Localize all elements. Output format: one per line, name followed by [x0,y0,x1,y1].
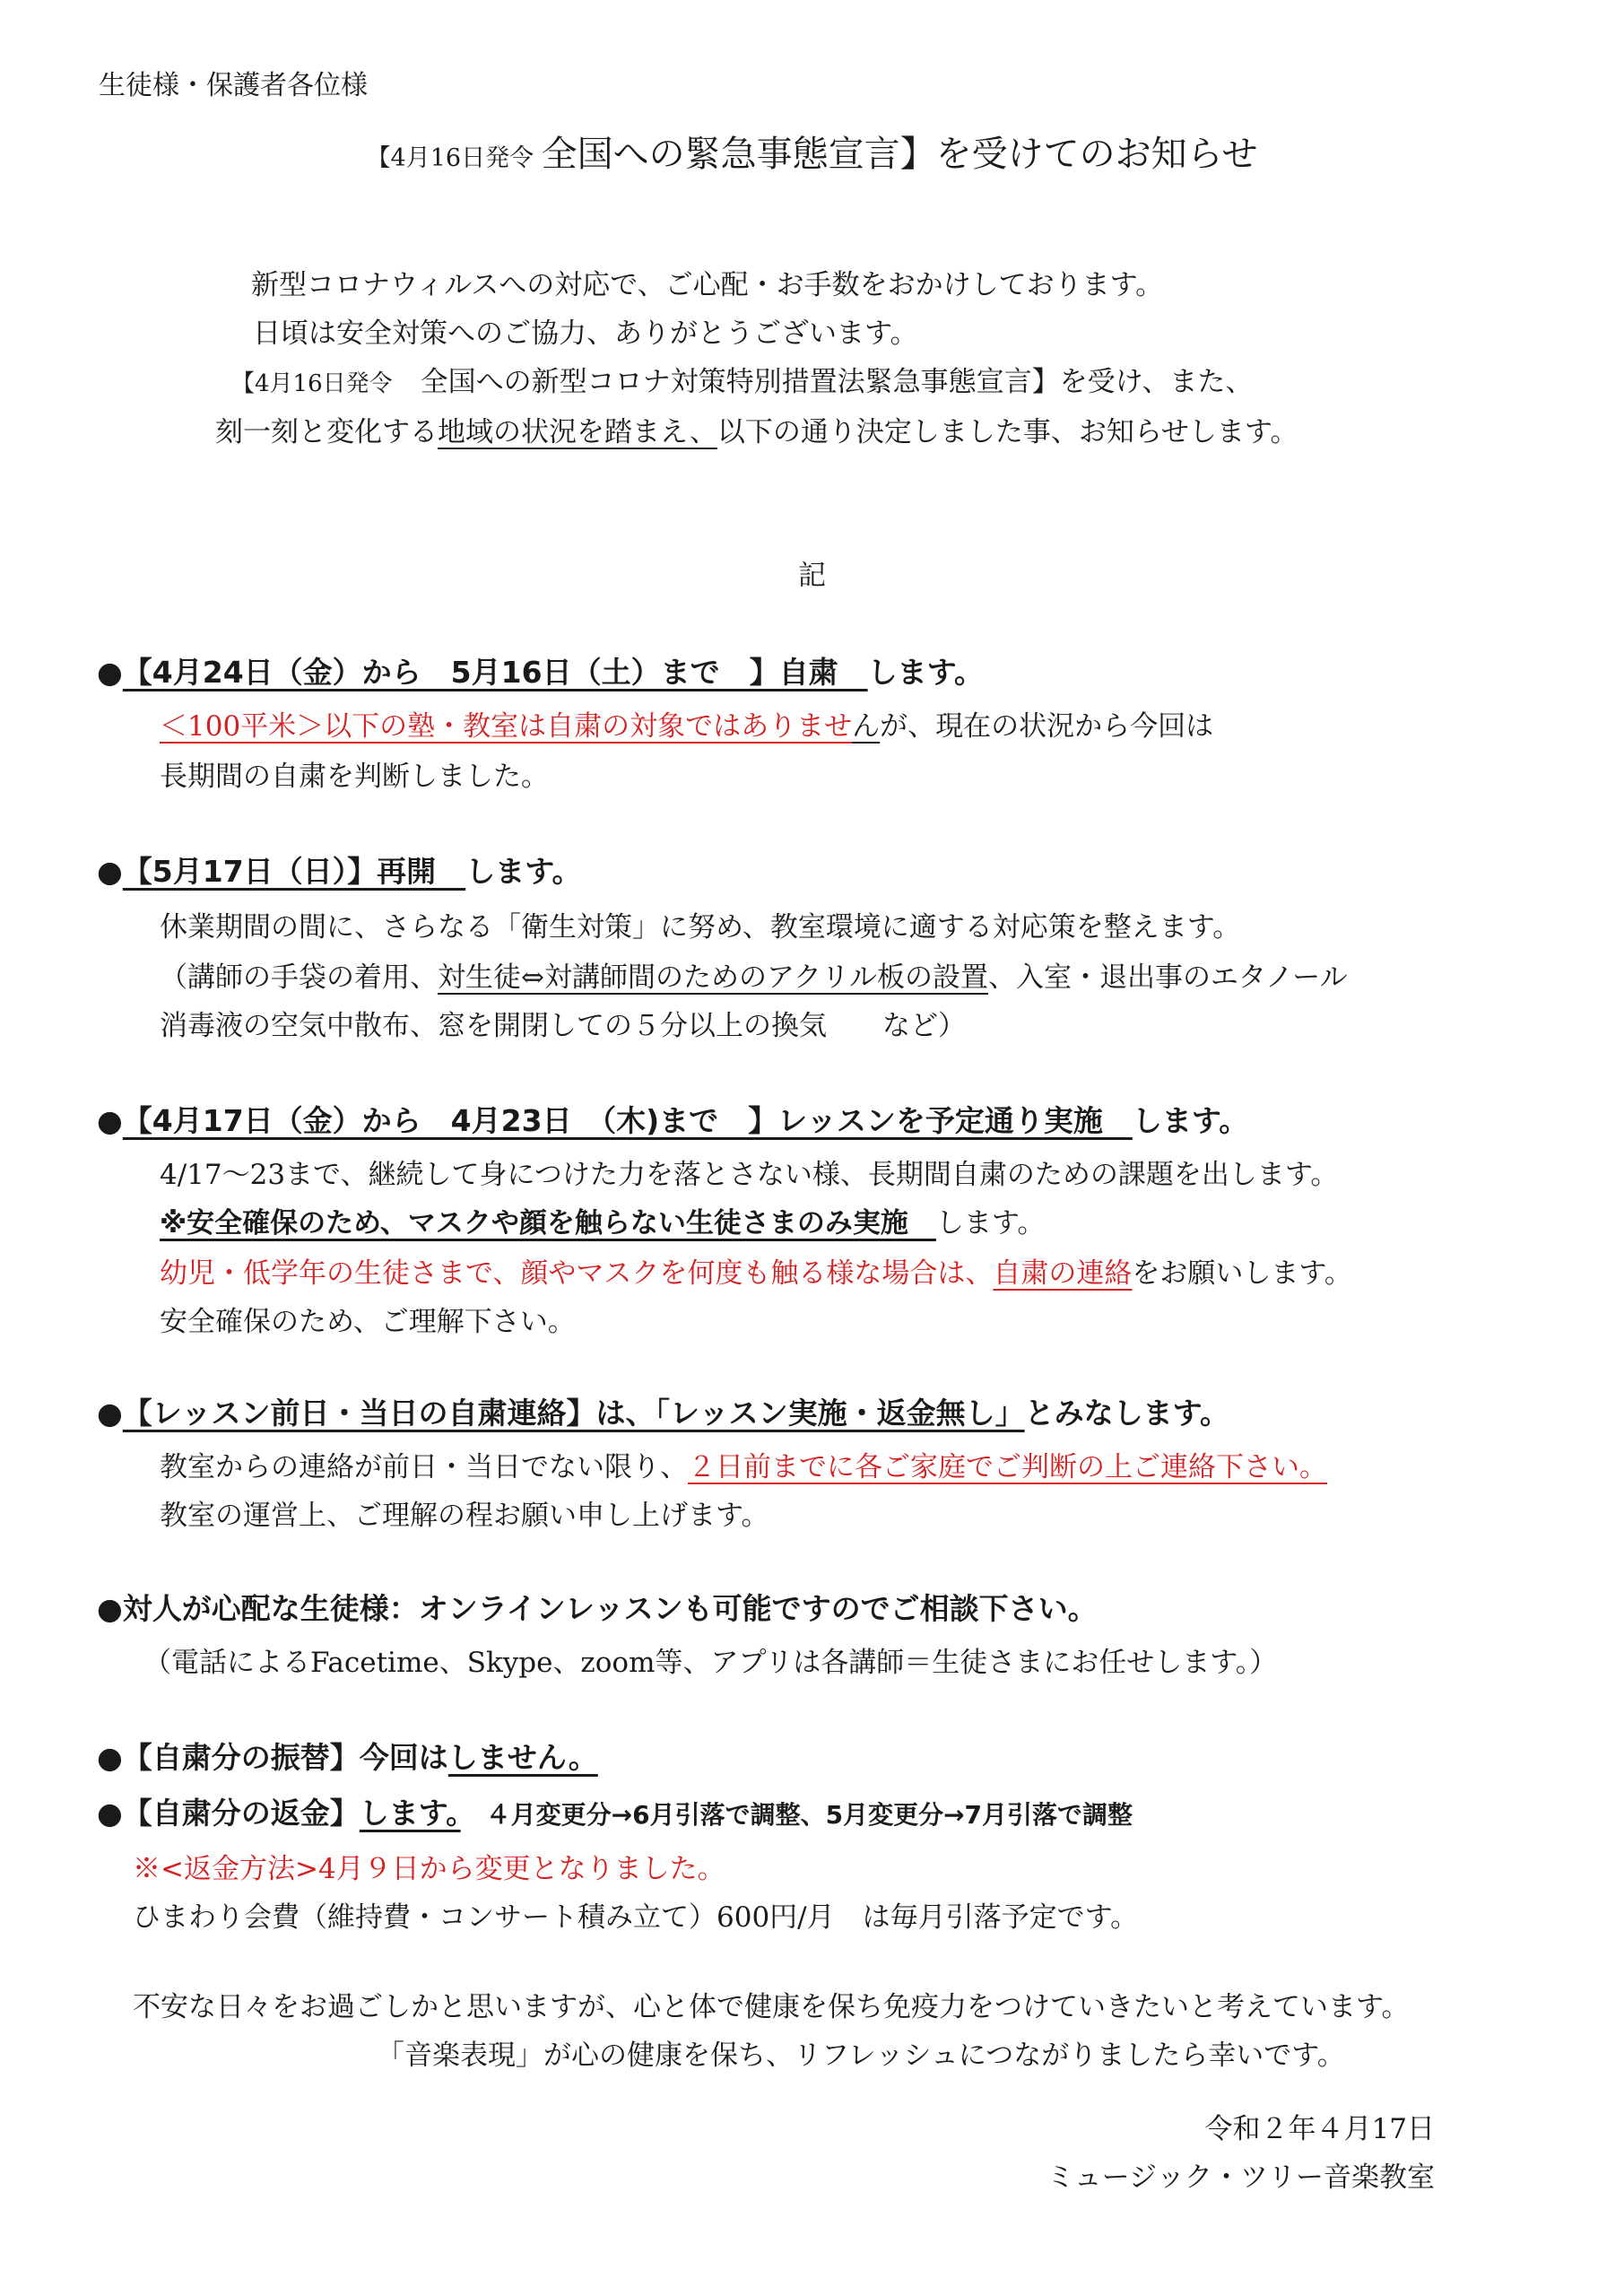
closing-line-1: 不安な日々をお過ごしかと思いますが、心と体で健康を保ち免疫力をつけていきたいと考… [133,1989,1410,2025]
lessons-line-1: 4/17～23まで、継続して身につけた力を落とさない様、長期間自粛のための課題を… [160,1157,1338,1193]
makeup-none: しません。 [448,1740,598,1775]
lessons-line-3: 幼児・低学年の生徒さまで、顔やマスクを何度も触る様な場合は、自粛の連絡をお願いし… [160,1256,1352,1291]
section-closure-heading: ●【4月24日（金）から 5月16日（土）まで 】自粛 します。 [97,655,984,691]
section-lessons-heading: ●【4月17日（金）から 4月23日 （木)まで 】レッスンを予定通り実施 しま… [97,1103,1248,1139]
signature-org: ミュージック・ツリー音楽教室 [986,2160,1435,2196]
reopen-date: 【5月17日（日）】再開 [123,854,465,889]
online-line-1: （電話によるFacetime、Skype、zoom等、アプリは各講師＝生徒さまに… [143,1645,1277,1681]
reopen-acrylic: 対生徒⇔対講師間のためのアクリル板の設置 [438,961,988,994]
ki-marker: 記 [0,558,1624,594]
section-cancellation-heading: ●【レッスン前日・当日の自粛連絡】は、「レッスン実施・返金無し」とみなします。 [97,1396,1229,1431]
lessons-line-2: ※安全確保のため、マスクや顔を触らない生徒さまのみ実施 します。 [160,1205,1045,1241]
reopen-line-2-b: 、入室・退出事のエタノール [988,961,1348,994]
bullet-icon: ● [97,1740,123,1775]
cancellation-line-2: 教室の運営上、ご理解の程お願い申し上げます。 [160,1498,769,1534]
bullet-icon: ● [97,1796,123,1831]
cancellation-line-1: 教室からの連絡が前日・当日でない限り、２日前までに各ご家庭でご判断の上ご連絡下さ… [160,1449,1327,1485]
closure-line-1-tail: が、現在の状況から今回は [880,710,1213,743]
refund-line-1: ※<返金方法>4月９日から変更となりました。 [133,1851,725,1887]
closure-tail: します。 [868,655,984,690]
cancellation-line-1-a: 教室からの連絡が前日・当日でない限り、 [160,1451,688,1483]
section-online-heading: ●対人が心配な生徒様：オンラインレッスンも可能ですのでご相談下さい。 [97,1591,1098,1627]
title-main: 全国への緊急事態宣言】を受けてのお知らせ [542,134,1258,175]
bullet-icon: ● [97,1591,123,1626]
closure-line-2: 長期間の自粛を判断しました。 [160,759,549,795]
closure-red-note: ＜100平米＞以下の塾・教室は自粛の対象ではありませ [160,710,852,743]
intro-line-4-b: 以下の通り決定しました事、お知らせします。 [717,416,1298,448]
title-prefix: 【4月16日発令 [367,144,542,172]
section-makeup-heading: ●【自粛分の振替】今回はしません。 [97,1740,598,1776]
online-heading-text: 対人が心配な生徒様：オンラインレッスンも可能ですのでご相談下さい。 [123,1591,1098,1626]
page-title: 【4月16日発令 全国への緊急事態宣言】を受けてのお知らせ [0,136,1624,177]
refund-yes: します。 [360,1796,461,1831]
lessons-line-3-tail: をお願いします。 [1132,1257,1352,1290]
addressee: 生徒様・保護者各位様 [99,68,368,104]
cancellation-rule: 【レッスン前日・当日の自粛連絡】は、「レッスン実施・返金無し」 [123,1396,1025,1431]
lessons-red-underlined: 自粛の連絡 [993,1257,1132,1290]
intro-line-1: 新型コロナウィルスへの対応で、ご心配・お手数をおかけしております。 [251,267,1163,303]
section-reopen-heading: ●【5月17日（日）】再開 します。 [97,854,582,890]
lessons-line-4: 安全確保のため、ご理解下さい。 [160,1304,576,1340]
intro-line-4-underlined: 地域の状況を踏まえ、 [438,416,717,448]
lessons-safety-note: ※安全確保のため、マスクや顔を触らない生徒さまのみ実施 [160,1207,936,1239]
reopen-tail: します。 [465,854,581,889]
cancellation-red-note: ２日前までに各ご家庭でご判断の上ご連絡下さい。 [688,1451,1327,1483]
closure-n: ん [852,710,880,743]
refund-line-2: ひまわり会費（維持費・コンサート積み立て）600円/月 は毎月引落予定です。 [133,1900,1138,1935]
closure-dates: 【4月24日（金）から 5月16日（土）まで 】自粛 [123,655,868,690]
bullet-icon: ● [97,1103,123,1138]
bullet-icon: ● [97,854,123,889]
intro-line-3-date: 【4月16日発令 [231,370,393,397]
closing-line-2: 「音楽表現」が心の健康を保ち、リフレッシュにつながりましたら幸いです。 [377,2038,1345,2074]
reopen-line-2-a: （講師の手袋の着用、 [160,961,438,994]
refund-heading-text: 【自粛分の返金】 [123,1796,360,1831]
reopen-line-1: 休業期間の間に、さらなる「衛生対策」に努め、教室環境に適する対応策を整えます。 [160,909,1240,945]
bullet-icon: ● [97,1396,123,1431]
closure-line-1: ＜100平米＞以下の塾・教室は自粛の対象ではありませんが、現在の状況から今回は [160,709,1213,744]
makeup-heading-text: 【自粛分の振替】今回は [123,1740,448,1775]
signature-date: 令和２年４月17日 [1166,2111,1435,2147]
reopen-line-3: 消毒液の空気中散布、窓を開閉しての５分以上の換気 など） [160,1008,966,1044]
reopen-line-2: （講師の手袋の着用、対生徒⇔対講師間のためのアクリル板の設置、入室・退出事のエタ… [160,960,1348,996]
bullet-icon: ● [97,655,123,690]
intro-line-4-a: 刻一刻と変化する [215,416,438,448]
lessons-dates: 【4月17日（金）から 4月23日 （木)まで 】レッスンを予定通り実施 [123,1103,1133,1138]
lessons-tail: します。 [1133,1103,1248,1138]
intro-line-3: 【4月16日発令 全国への新型コロナ対策特別措置法緊急事態宣言】を受け、また、 [231,364,1253,402]
lessons-line-2-tail: します。 [936,1207,1046,1239]
section-refund-heading: ●【自粛分の返金】します。 ４月変更分→6月引落で調整、5月変更分→7月引落で調… [97,1796,1133,1833]
intro-line-4: 刻一刻と変化する地域の状況を踏まえ、以下の通り決定しました事、お知らせします。 [215,414,1298,450]
refund-schedule: ４月変更分→6月引落で調整、5月変更分→7月引落で調整 [461,1800,1133,1830]
intro-line-3-rest: 全国への新型コロナ対策特別措置法緊急事態宣言】を受け、また、 [393,366,1254,398]
intro-line-2: 日頃は安全対策へのご協力、ありがとうございます。 [253,316,918,352]
cancellation-tail: とみなします。 [1025,1396,1229,1431]
lessons-red-note: 幼児・低学年の生徒さまで、顔やマスクを何度も触る様な場合は、 [160,1257,993,1290]
